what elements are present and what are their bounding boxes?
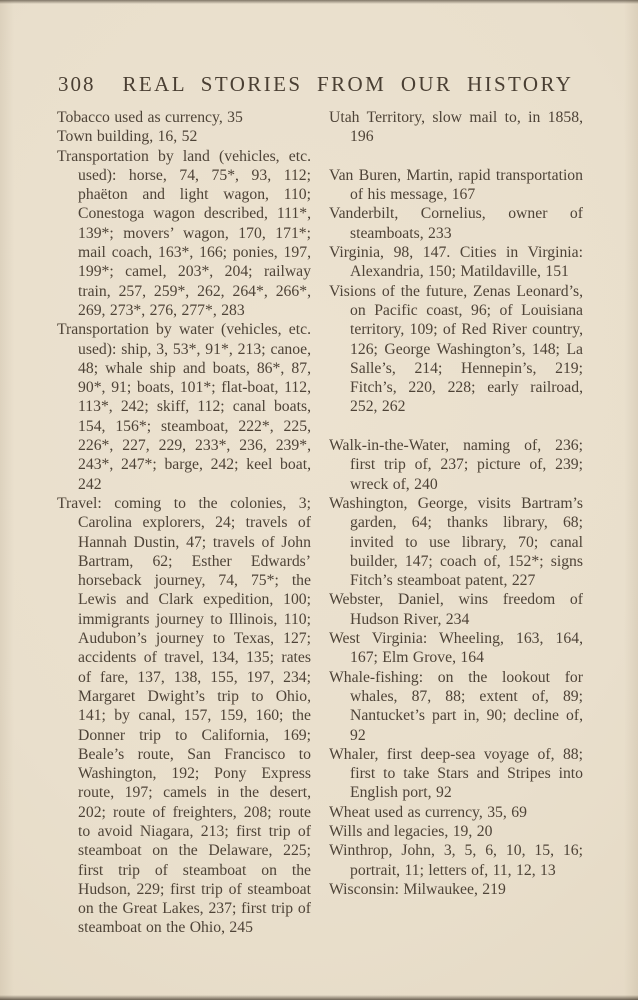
index-entry: Wisconsin: Milwaukee, 219 xyxy=(329,880,583,899)
index-entry: Virginia, 98, 147. Cities in Virginia: A… xyxy=(329,243,583,282)
index-entry: Utah Territory, slow mail to, in 1858, 1… xyxy=(329,108,583,147)
index-entry: Visions of the future, Zenas Leonard’s, … xyxy=(329,282,583,417)
index-letter-group: Tobacco used as currency, 35Town buildin… xyxy=(57,108,311,938)
index-entry: West Virginia: Wheeling, 163, 164, 167; … xyxy=(329,629,583,668)
index-letter-group: Van Buren, Martin, rapid transportation … xyxy=(329,166,583,417)
index-entry: Van Buren, Martin, rapid transportation … xyxy=(329,166,583,205)
index-entry: Washington, George, visits Bartram’s gar… xyxy=(329,494,583,590)
index-entry: Walk-in-the-Water, naming of, 236; first… xyxy=(329,436,583,494)
index-column-right: Utah Territory, slow mail to, in 1858, 1… xyxy=(329,108,583,938)
index-entry: Whale-fishing: on the lookout for whales… xyxy=(329,668,583,745)
index-entry: Transportation by water (vehicles, etc. … xyxy=(57,320,311,494)
index-entry: Vanderbilt, Cornelius, owner of steamboa… xyxy=(329,204,583,243)
running-title: REAL STORIES FROM OUR HISTORY xyxy=(123,72,574,97)
index-column-left: Tobacco used as currency, 35Town buildin… xyxy=(57,108,311,938)
index-columns: Tobacco used as currency, 35Town buildin… xyxy=(57,108,583,938)
index-entry: Town building, 16, 52 xyxy=(57,127,311,146)
index-letter-group: Walk-in-the-Water, naming of, 236; first… xyxy=(329,436,583,899)
index-entry: Transportation by land (vehicles, etc. u… xyxy=(57,147,311,321)
book-page: 308 REAL STORIES FROM OUR HISTORY Tobacc… xyxy=(0,0,638,1000)
page-header: 308 REAL STORIES FROM OUR HISTORY xyxy=(58,72,582,97)
index-entry: Travel: coming to the colonies, 3; Carol… xyxy=(57,494,311,938)
page-number: 308 xyxy=(58,72,96,97)
index-entry: Tobacco used as currency, 35 xyxy=(57,108,311,127)
index-entry: Whaler, first deep-sea voyage of, 88; fi… xyxy=(329,745,583,803)
index-entry: Winthrop, John, 3, 5, 6, 10, 15, 16; por… xyxy=(329,841,583,880)
index-entry: Wills and legacies, 19, 20 xyxy=(329,822,583,841)
index-letter-group: Utah Territory, slow mail to, in 1858, 1… xyxy=(329,108,583,147)
index-entry: Webster, Daniel, wins freedom of Hudson … xyxy=(329,590,583,629)
index-entry: Wheat used as currency, 35, 69 xyxy=(329,803,583,822)
